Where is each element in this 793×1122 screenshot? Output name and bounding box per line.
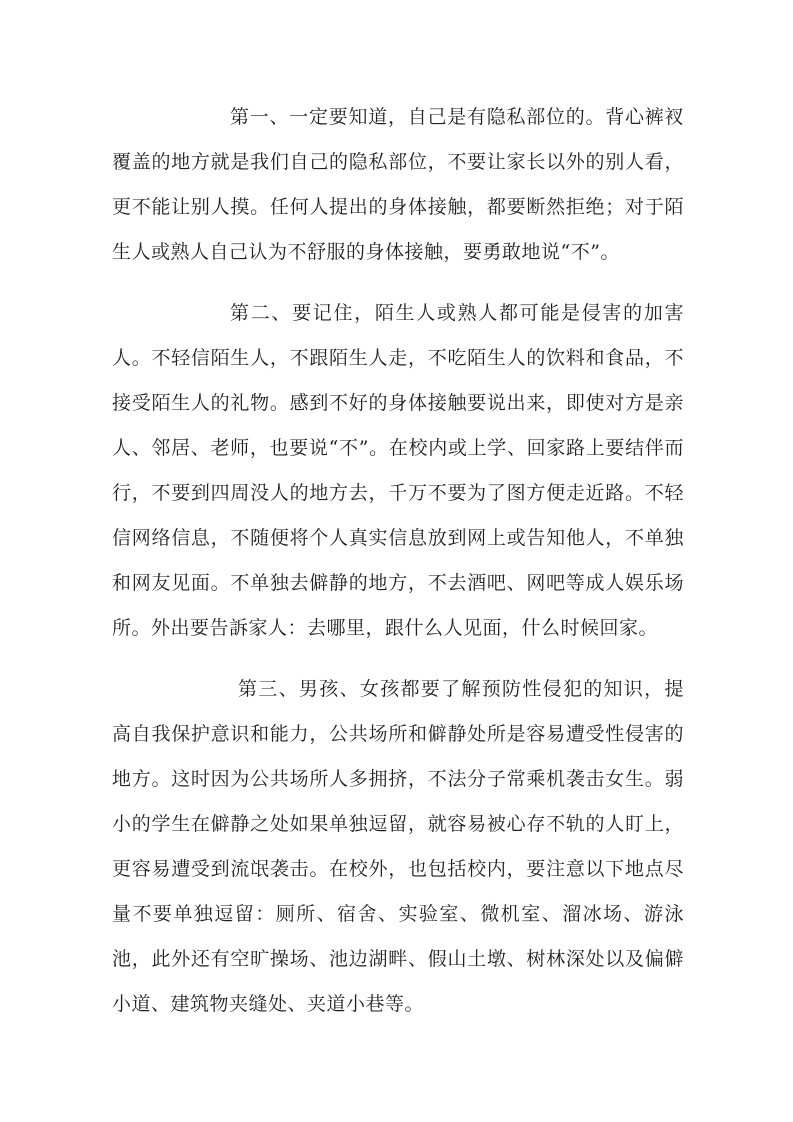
document-page: 第一、一定要知道，自己是有隐私部位的。背心裤衩覆盖的地方就是我们自己的隐私部位，…	[0, 0, 793, 1122]
paragraph-point-3: 第三、男孩、女孩都要了解预防性侵犯的知识，提高自我保护意识和能力，公共场所和僻静…	[112, 667, 684, 1027]
paragraph-point-2: 第二、要记住，陌生人或熟人都可能是侵害的加害人。不轻信陌生人，不跟陌生人走，不吃…	[112, 291, 684, 651]
paragraph-point-1: 第一、一定要知道，自己是有隐私部位的。背心裤衩覆盖的地方就是我们自己的隐私部位，…	[112, 95, 684, 275]
